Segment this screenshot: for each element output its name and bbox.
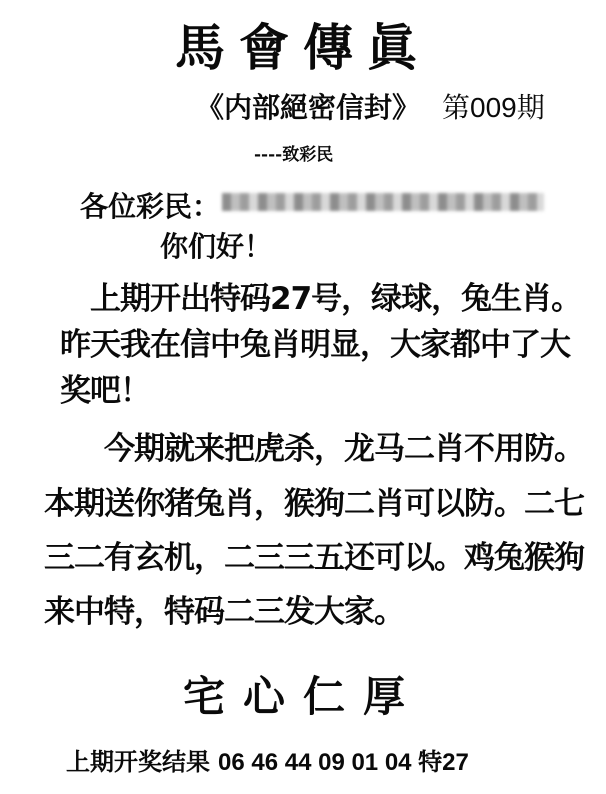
document-title: 馬會傳眞 [0,8,606,80]
blurred-website-address [222,193,544,211]
last-draw-results: 上期开奖结果06 46 44 09 01 04 特27 [66,742,469,777]
hello-line: 你们好！ [160,225,272,265]
results-label: 上期开奖结果 [66,748,210,776]
results-numbers: 06 46 44 09 01 04 特27 [218,749,469,776]
motto: 宅心仁厚 [0,664,606,724]
body-line-6: 三二有玄机，二三三五还可以。鸡兔猴狗 [44,535,584,581]
body-line-5: 本期送你猪兔肖，猴狗二肖可以防。二七 [44,481,584,527]
body-line-1: 上期开出特码27号，绿球，兔生肖。 [60,276,581,322]
addressee-line: ----致彩民 [254,140,333,165]
body-line-2: 昨天我在信中兔肖明显，大家都中了大 [60,322,570,368]
salutation: 各位彩民： [80,185,220,225]
issue-number: 第009期 [442,92,545,123]
subtitle-line: 《内部絕密信封》第009期 [196,86,545,126]
body-line-4: 今期就来把虎杀，龙马二肖不用防。 [44,426,584,472]
body-line-3: 奖吧！ [60,368,150,414]
body-line-7: 来中特，特码二三发大家。 [44,589,404,635]
confidential-label: 《内部絕密信封》 [196,91,420,124]
